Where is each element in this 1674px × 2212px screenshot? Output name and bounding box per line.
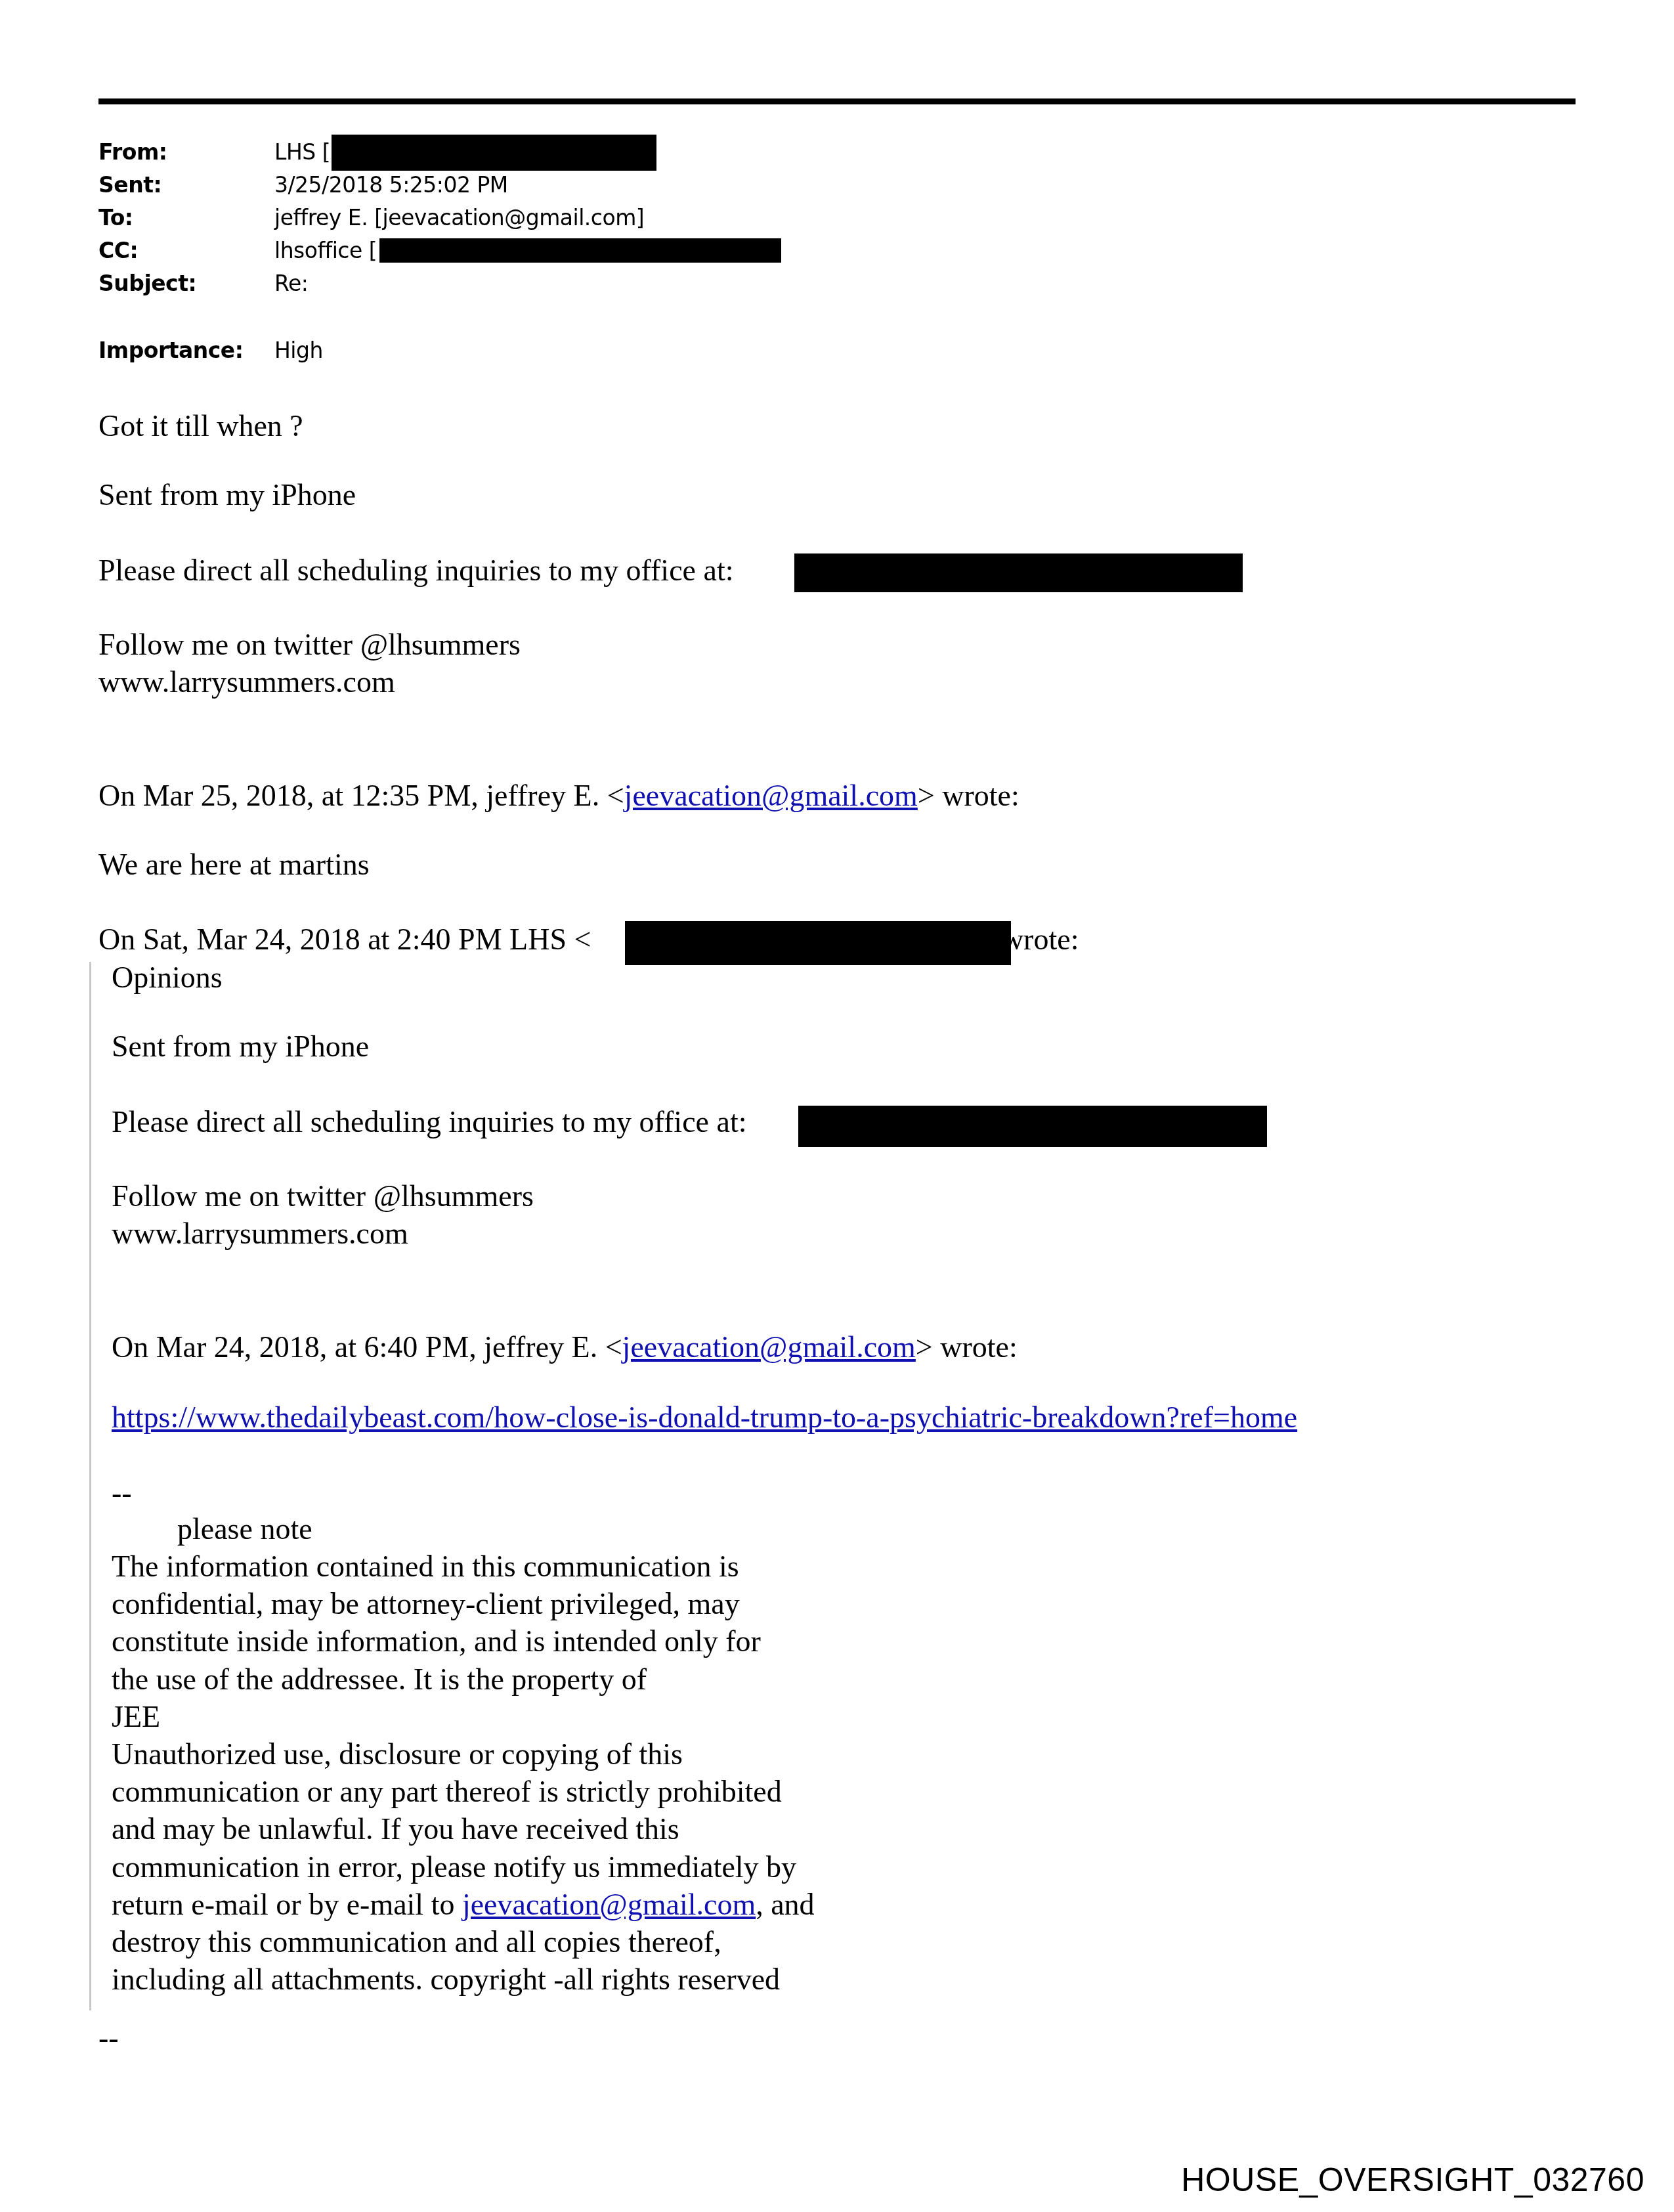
disclaimer-line: the use of the addressee. It is the prop…	[112, 1661, 647, 1698]
from-value: LHS [	[274, 139, 330, 165]
disclaimer-line: confidential, may be attorney-client pri…	[112, 1586, 740, 1622]
disclaimer-line: Unauthorized use, disclosure or copying …	[112, 1736, 683, 1773]
reply3-article-link-row: https://www.thedailybeast.com/how-close-…	[112, 1399, 1297, 1436]
reply1-attribution-suffix: > wrote:	[918, 779, 1019, 812]
reply3-attribution-suffix: > wrote:	[916, 1330, 1018, 1364]
disclaimer-heading: please note	[177, 1511, 312, 1548]
disclaimer-line: constitute inside information, and is in…	[112, 1623, 761, 1660]
disclaimer-line: destroy this communication and all copie…	[112, 1924, 721, 1961]
redaction-reply2-office-contact	[798, 1106, 1267, 1147]
sent-value: 3/25/2018 5:25:02 PM	[274, 172, 508, 198]
to-label: To:	[98, 205, 133, 231]
signature-scheduling: Please direct all scheduling inquiries t…	[98, 552, 733, 589]
disclaimer-email-prefix: return e-mail or by e-mail to	[112, 1888, 462, 1921]
reply2-signature-scheduling: Please direct all scheduling inquiries t…	[112, 1104, 746, 1140]
reply1-attribution-prefix: On Mar 25, 2018, at 12:35 PM, jeffrey E.…	[98, 779, 624, 812]
disclaimer-line: communication in error, please notify us…	[112, 1849, 796, 1886]
quote-bar	[89, 962, 91, 2010]
reply3-email-link[interactable]: jeevacation@gmail.com	[622, 1330, 916, 1364]
reply3-attribution-prefix: On Mar 24, 2018, at 6:40 PM, jeffrey E. …	[112, 1330, 622, 1364]
redaction-cc-email	[379, 238, 781, 263]
disclaimer-line: including all attachments. copyright -al…	[112, 1961, 780, 1998]
reply2-signature-website: www.larrysummers.com	[112, 1215, 408, 1252]
signature-sent-from: Sent from my iPhone	[98, 477, 356, 513]
reply3-attribution: On Mar 24, 2018, at 6:40 PM, jeffrey E. …	[112, 1329, 1018, 1366]
bates-number: HOUSE_OVERSIGHT_032760	[1181, 2160, 1644, 2200]
redaction-reply2-email	[625, 921, 1011, 965]
message-body: Got it till when ?	[98, 408, 303, 445]
subject-label: Subject:	[98, 271, 196, 297]
disclaimer-line: and may be unlawful. If you have receive…	[112, 1811, 679, 1848]
article-link[interactable]: https://www.thedailybeast.com/how-close-…	[112, 1400, 1297, 1434]
reply1-email-link[interactable]: jeevacation@gmail.com	[624, 779, 918, 812]
importance-label: Importance:	[98, 337, 243, 364]
disclaimer-line: communication or any part thereof is str…	[112, 1773, 782, 1810]
cc-value: lhsoffice [	[274, 238, 377, 264]
cc-label: CC:	[98, 238, 138, 264]
disclaimer-email-suffix: , and	[756, 1888, 814, 1921]
sent-label: Sent:	[98, 172, 161, 198]
end-separator: --	[98, 2020, 119, 2056]
header-rule	[98, 98, 1576, 104]
reply2-body: Opinions	[112, 959, 223, 996]
disclaimer-separator: --	[112, 1475, 132, 1511]
subject-value: Re:	[274, 271, 308, 297]
redaction-office-contact	[794, 553, 1243, 592]
disclaimer-email-line: return e-mail or by e-mail to jeevacatio…	[112, 1886, 815, 1923]
signature-website: www.larrysummers.com	[98, 664, 395, 701]
disclaimer-line: The information contained in this commun…	[112, 1548, 739, 1585]
reply2-signature-sent-from: Sent from my iPhone	[112, 1028, 369, 1065]
disclaimer-email-link[interactable]: jeevacation@gmail.com	[462, 1888, 756, 1921]
reply1-body: We are here at martins	[98, 846, 370, 883]
disclaimer-line: JEE	[112, 1699, 160, 1735]
to-value: jeffrey E. [jeevacation@gmail.com]	[274, 205, 644, 231]
signature-twitter: Follow me on twitter @lhsummers	[98, 626, 521, 663]
redaction-from-email	[332, 135, 656, 171]
reply2-signature-twitter: Follow me on twitter @lhsummers	[112, 1178, 534, 1215]
reply2-attribution-prefix: On Sat, Mar 24, 2018 at 2:40 PM LHS <	[98, 922, 591, 956]
reply1-attribution: On Mar 25, 2018, at 12:35 PM, jeffrey E.…	[98, 777, 1019, 814]
from-label: From:	[98, 139, 167, 165]
importance-value: High	[274, 337, 323, 364]
